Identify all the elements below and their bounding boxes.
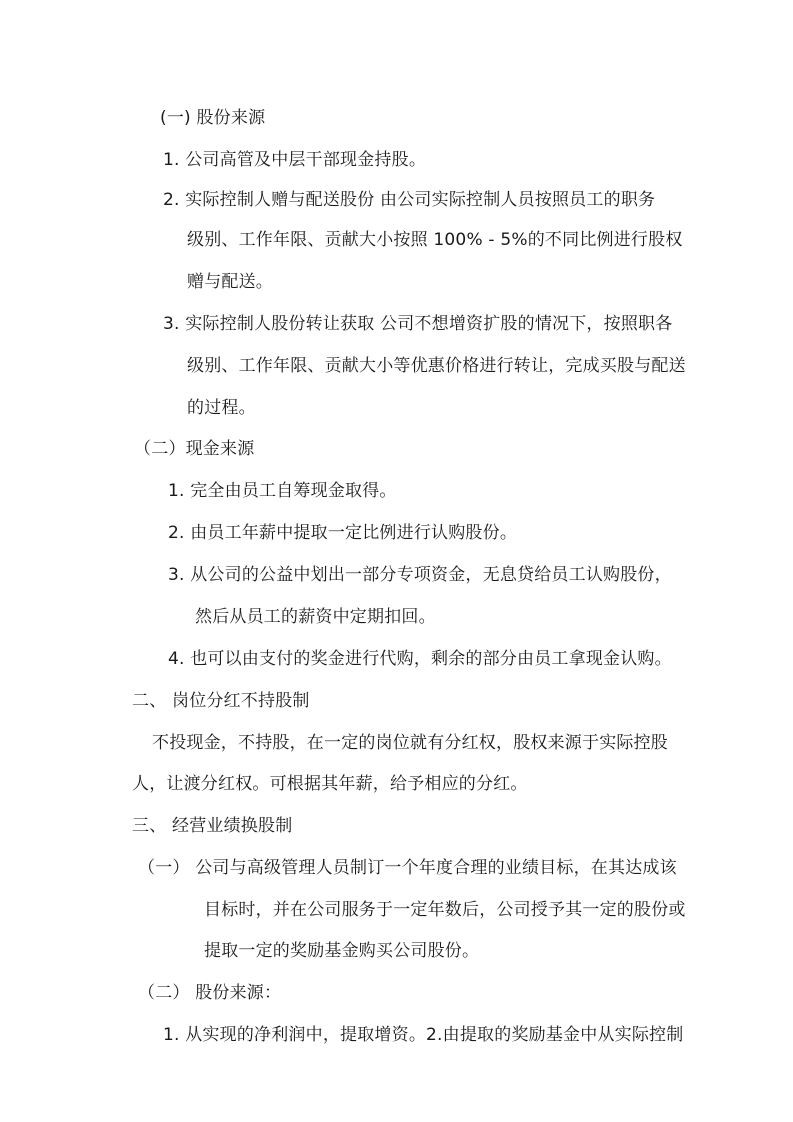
- sub-item: （一） 公司与高级管理人员制订一个年度合理的业绩目标，在其达成该: [138, 857, 677, 879]
- sub-item-continuation: 提取一定的奖励基金购买公司股份。: [204, 940, 479, 962]
- chapter-heading-performance-shares: 三、 经营业绩换股制: [132, 815, 292, 837]
- list-item-continuation: 赠与配送。: [187, 271, 273, 293]
- list-item: 3. 从公司的公益中划出一部分专项资金，无息贷给员工认购股份，: [168, 564, 672, 586]
- list-item: 1. 从实现的净利润中，提取增资。2.由提取的奖励基金中从实际控制: [163, 1024, 683, 1046]
- list-item: 2. 实际控制人赠与配送股份 由公司实际控制人员按照员工的职务: [163, 189, 655, 211]
- list-item-continuation: 然后从员工的薪资中定期扣回。: [195, 606, 436, 628]
- chapter-heading-position-dividend: 二、 岗位分红不持股制: [132, 690, 310, 712]
- list-item: 3. 实际控制人股份转让获取 公司不想增资扩股的情况下，按照职各: [163, 313, 672, 335]
- section-heading-share-source: (一) 股份来源: [160, 107, 265, 129]
- sub-item-continuation: 目标时，并在公司服务于一定年数后，公司授予其一定的股份或: [204, 899, 686, 921]
- list-item-continuation: 级别、工作年限、贡献大小按照 100% - 5%的不同比例进行股权: [187, 229, 683, 251]
- paragraph: 不投现金，不持股，在一定的岗位就有分红权，股权来源于实际控股: [152, 732, 668, 754]
- list-item: 4. 也可以由支付的奖金进行代购，剩余的部分由员工拿现金认购。: [168, 648, 672, 670]
- list-item: 2. 由员工年薪中提取一定比例进行认购股份。: [168, 522, 517, 544]
- section-heading-cash-source: （二）现金来源: [134, 438, 254, 460]
- list-item-continuation: 级别、工作年限、贡献大小等优惠价格进行转让，完成买股与配送: [187, 355, 686, 377]
- list-item-continuation: 的过程。: [187, 397, 256, 419]
- list-item: 1. 公司高管及中层干部现金持股。: [163, 149, 426, 171]
- sub-item: （二） 股份来源：: [138, 982, 281, 1004]
- list-item: 1. 完全由员工自筹现金取得。: [168, 480, 397, 502]
- paragraph-continuation: 人，让渡分红权。可根据其年薪，给予相应的分红。: [132, 773, 528, 795]
